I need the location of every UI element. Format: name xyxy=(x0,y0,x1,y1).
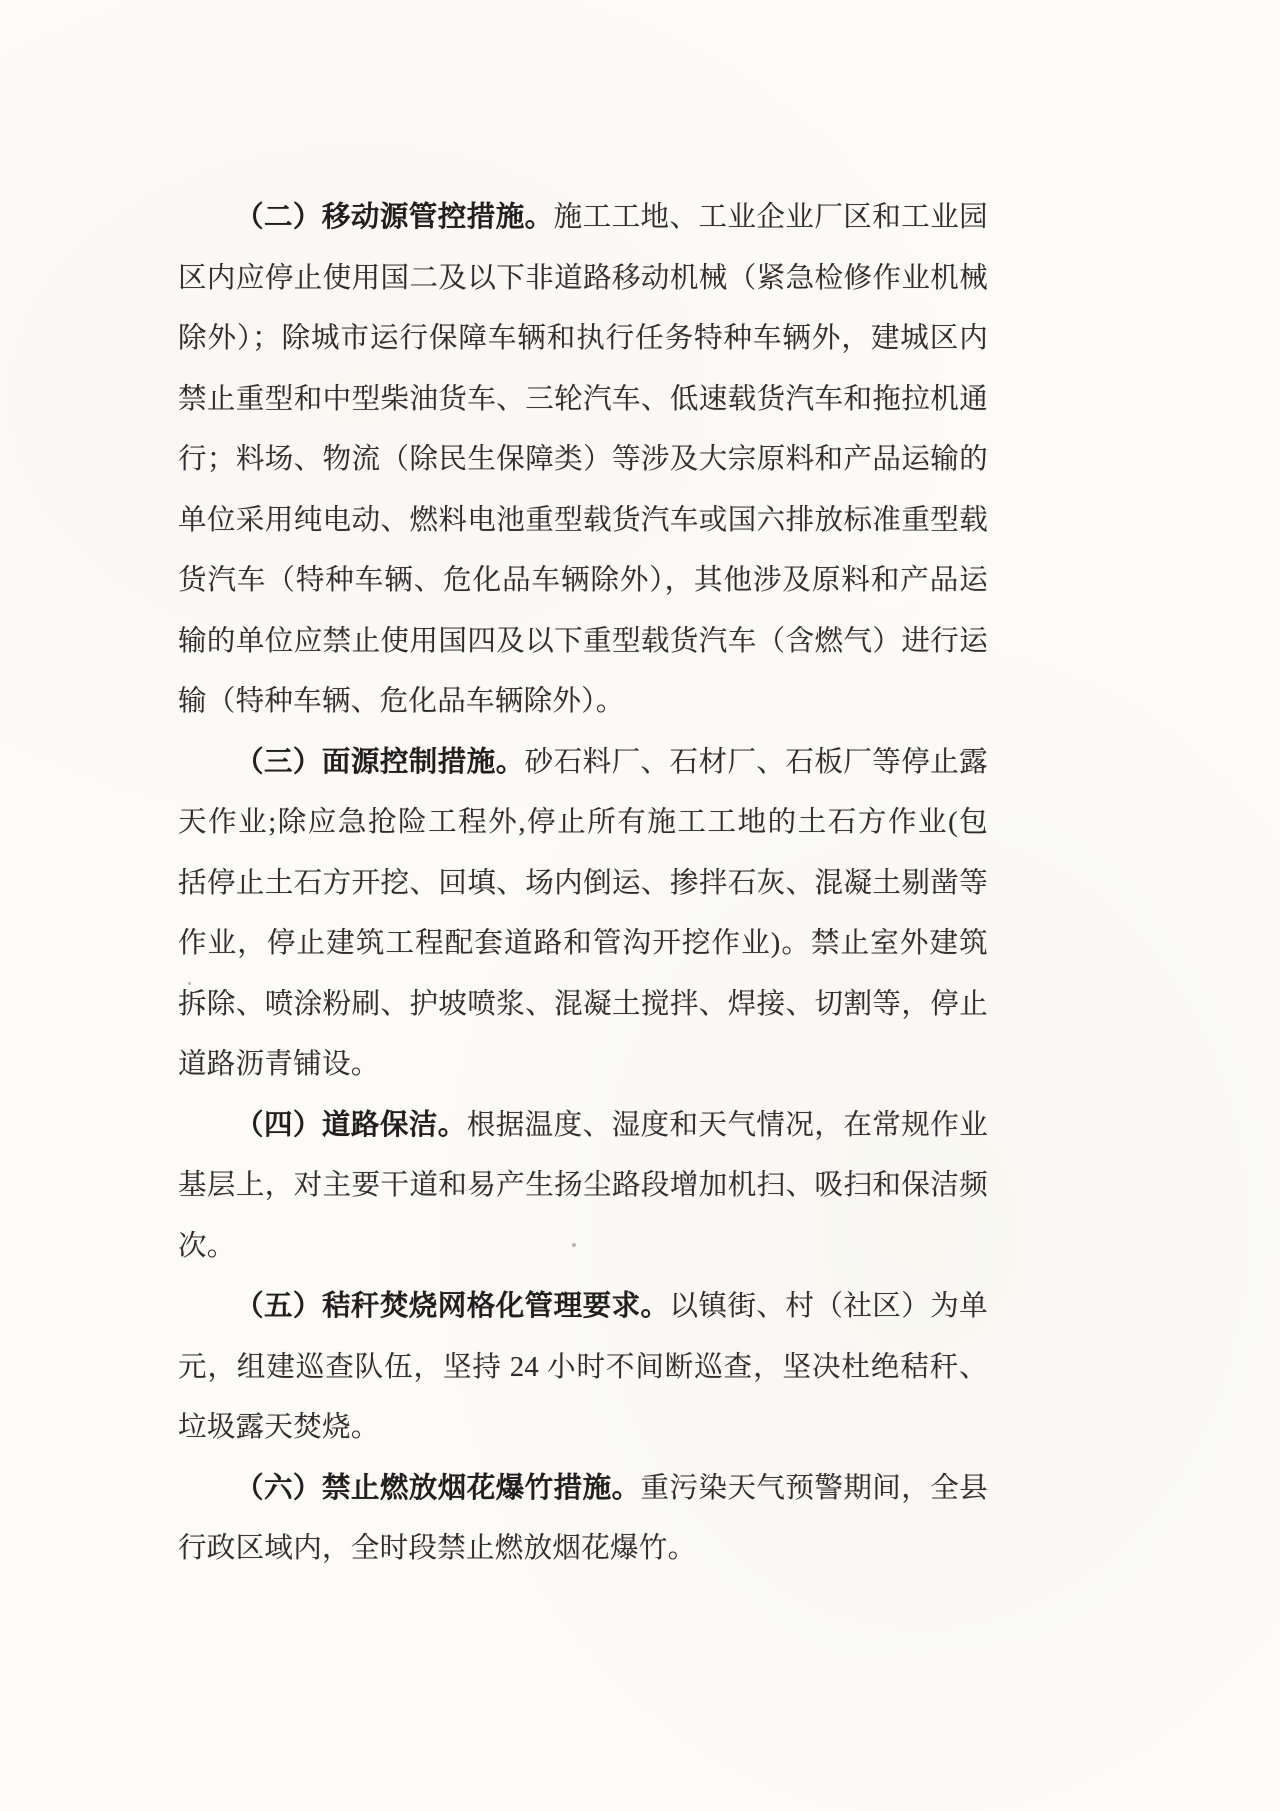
body-text-segment: 行；料场、物流（除民生保障类）等涉及大宗原料和产品运输的 xyxy=(178,444,988,475)
text-line: 括停止土石方开挖、回填、场内倒运、掺拌石灰、混凝土剔凿等 xyxy=(178,854,988,915)
text-line: 次。 xyxy=(178,1217,988,1278)
document-body-text: （二）移动源管控措施。施工工地、工业企业厂区和工业园区内应停止使用国二及以下非道… xyxy=(178,188,988,1580)
text-line: 货汽车（特种车辆、危化品车辆除外），其他涉及原料和产品运 xyxy=(178,551,988,612)
document-page: （二）移动源管控措施。施工工地、工业企业厂区和工业园区内应停止使用国二及以下非道… xyxy=(0,0,1280,1811)
text-line: 行政区域内，全时段禁止燃放烟花爆竹。 xyxy=(178,1519,988,1580)
text-line: 输的单位应禁止使用国四及以下重型载货汽车（含燃气）进行运 xyxy=(178,612,988,673)
section-heading-segment: （六）禁止燃放烟花爆竹措施。 xyxy=(235,1473,641,1504)
section-heading-segment: （四）道路保洁。 xyxy=(235,1110,467,1141)
body-text-segment: 次。 xyxy=(178,1231,236,1262)
text-line: （四）道路保洁。根据温度、湿度和天气情况，在常规作业 xyxy=(178,1096,988,1157)
text-line: （六）禁止燃放烟花爆竹措施。重污染天气预警期间，全县 xyxy=(178,1459,988,1520)
body-text-segment: 输（特种车辆、危化品车辆除外）。 xyxy=(178,686,625,717)
body-text-segment: 括停止土石方开挖、回填、场内倒运、掺拌石灰、混凝土剔凿等 xyxy=(178,868,988,899)
text-line: （三）面源控制措施。砂石料厂、石材厂、石板厂等停止露 xyxy=(178,733,988,794)
body-text-segment: 基层上，对主要干道和易产生扬尘路段增加机扫、吸扫和保洁频 xyxy=(178,1170,988,1201)
text-line: （五）秸秆焚烧网格化管理要求。以镇街、村（社区）为单 xyxy=(178,1277,988,1338)
text-line: 基层上，对主要干道和易产生扬尘路段增加机扫、吸扫和保洁频 xyxy=(178,1156,988,1217)
section-heading-segment: （二）移动源管控措施。 xyxy=(235,202,554,233)
text-line: 作业，停止建筑工程配套道路和管沟开挖作业)。禁止室外建筑 xyxy=(178,914,988,975)
body-text-segment: 天作业;除应急抢险工程外,停止所有施工工地的土石方作业(包 xyxy=(178,807,988,838)
body-text-segment: 以镇街、村（社区）为单 xyxy=(670,1291,988,1322)
text-line: 道路沥青铺设。 xyxy=(178,1035,988,1096)
body-text-segment: 垃圾露天焚烧。 xyxy=(178,1412,380,1443)
body-text-segment: 输的单位应禁止使用国四及以下重型载货汽车（含燃气）进行运 xyxy=(178,626,988,657)
text-line: 单位采用纯电动、燃料电池重型载货汽车或国六排放标准重型载 xyxy=(178,491,988,552)
body-text-segment: 单位采用纯电动、燃料电池重型载货汽车或国六排放标准重型载 xyxy=(178,505,988,536)
scan-speck xyxy=(572,1243,576,1247)
text-line: 行；料场、物流（除民生保障类）等涉及大宗原料和产品运输的 xyxy=(178,430,988,491)
text-line: 垃圾露天焚烧。 xyxy=(178,1398,988,1459)
text-line: 禁止重型和中型柴油货车、三轮汽车、低速载货汽车和拖拉机通 xyxy=(178,370,988,431)
text-line: （二）移动源管控措施。施工工地、工业企业厂区和工业园 xyxy=(178,188,988,249)
text-line: 除外）；除城市运行保障车辆和执行任务特种车辆外，建城区内 xyxy=(178,309,988,370)
section-heading-segment: （五）秸秆焚烧网格化管理要求。 xyxy=(235,1291,670,1322)
body-text-segment: 行政区域内，全时段禁止燃放烟花爆竹。 xyxy=(178,1533,696,1564)
text-line: 区内应停止使用国二及以下非道路移动机械（紧急检修作业机械 xyxy=(178,249,988,310)
text-line: 输（特种车辆、危化品车辆除外）。 xyxy=(178,672,988,733)
body-text-segment: 除外）；除城市运行保障车辆和执行任务特种车辆外，建城区内 xyxy=(178,323,988,354)
body-text-segment: 道路沥青铺设。 xyxy=(178,1049,380,1080)
body-text-segment: 砂石料厂、石材厂、石板厂等停止露 xyxy=(525,747,988,778)
text-line: 天作业;除应急抢险工程外,停止所有施工工地的土石方作业(包 xyxy=(178,793,988,854)
text-line: 拆除、喷涂粉刷、护坡喷浆、混凝土搅拌、焊接、切割等，停止 xyxy=(178,975,988,1036)
text-line: 元，组建巡查队伍，坚持 24 小时不间断巡查，坚决杜绝秸秆、 xyxy=(178,1338,988,1399)
body-text-segment: 作业，停止建筑工程配套道路和管沟开挖作业)。禁止室外建筑 xyxy=(178,928,988,959)
section-heading-segment: （三）面源控制措施。 xyxy=(235,747,525,778)
body-text-segment: 拆除、喷涂粉刷、护坡喷浆、混凝土搅拌、焊接、切割等，停止 xyxy=(178,989,988,1020)
body-text-segment: 元，组建巡查队伍，坚持 24 小时不间断巡查，坚决杜绝秸秆、 xyxy=(178,1352,988,1383)
body-text-segment: 货汽车（特种车辆、危化品车辆除外），其他涉及原料和产品运 xyxy=(178,565,988,596)
scan-speck xyxy=(188,982,191,985)
body-text-segment: 区内应停止使用国二及以下非道路移动机械（紧急检修作业机械 xyxy=(178,263,988,294)
body-text-segment: 禁止重型和中型柴油货车、三轮汽车、低速载货汽车和拖拉机通 xyxy=(178,384,988,415)
body-text-segment: 根据温度、湿度和天气情况，在常规作业 xyxy=(467,1110,988,1141)
body-text-segment: 重污染天气预警期间，全县 xyxy=(641,1473,988,1504)
body-text-segment: 施工工地、工业企业厂区和工业园 xyxy=(554,202,988,233)
